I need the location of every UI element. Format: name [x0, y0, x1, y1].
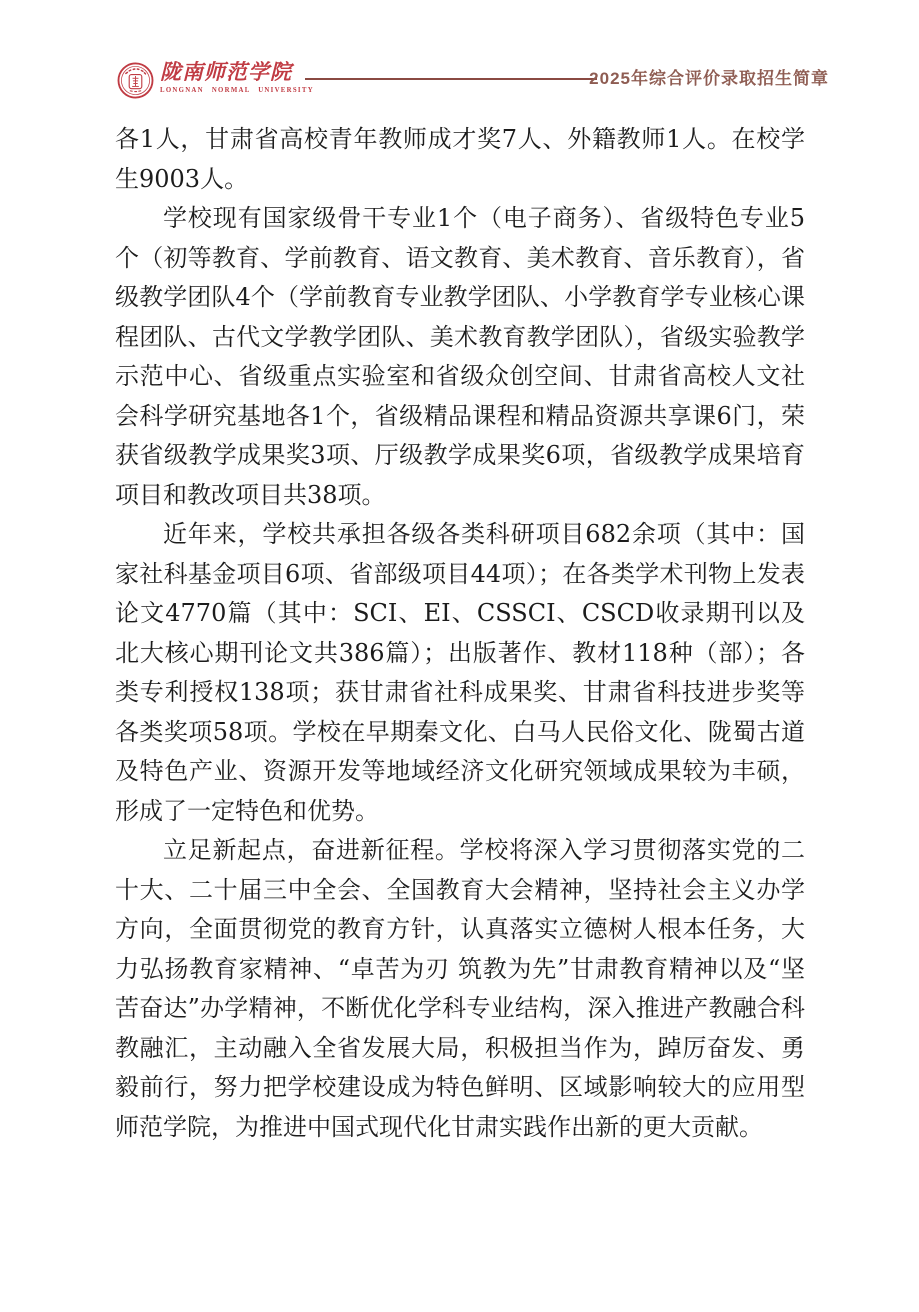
- document-body: 各1人，甘肃省高校青年教师成才奖7人、外籍教师1人。在校学生9003人。 学校现…: [115, 120, 805, 1147]
- paragraph-research: 近年来，学校共承担各级各类科研项目682余项（其中：国家社科基金项目6项、省部级…: [115, 515, 805, 831]
- document-title: 2025年综合评价录取招生简章: [589, 69, 829, 89]
- university-seal-icon: [117, 62, 154, 99]
- paragraph-continuation: 各1人，甘肃省高校青年教师成才奖7人、外籍教师1人。在校学生9003人。: [115, 120, 805, 199]
- university-brand: 陇南师范学院 LONGNAN NORMAL UNIVERSITY: [160, 60, 292, 95]
- paragraph-outlook: 立足新起点，奋进新征程。学校将深入学习贯彻落实党的二十大、二十届三中全会、全国教…: [115, 831, 805, 1147]
- page-header: 陇南师范学院 LONGNAN NORMAL UNIVERSITY 2025年综合…: [0, 0, 919, 118]
- header-divider-line: [305, 78, 597, 80]
- paragraph-programs: 学校现有国家级骨干专业1个（电子商务）、省级特色专业5个（初等教育、学前教育、语…: [115, 199, 805, 515]
- brochure-page: 陇南师范学院 LONGNAN NORMAL UNIVERSITY 2025年综合…: [0, 0, 919, 1312]
- university-name-zh: 陇南师范学院: [160, 60, 292, 84]
- university-name-en: LONGNAN NORMAL UNIVERSITY: [160, 87, 292, 95]
